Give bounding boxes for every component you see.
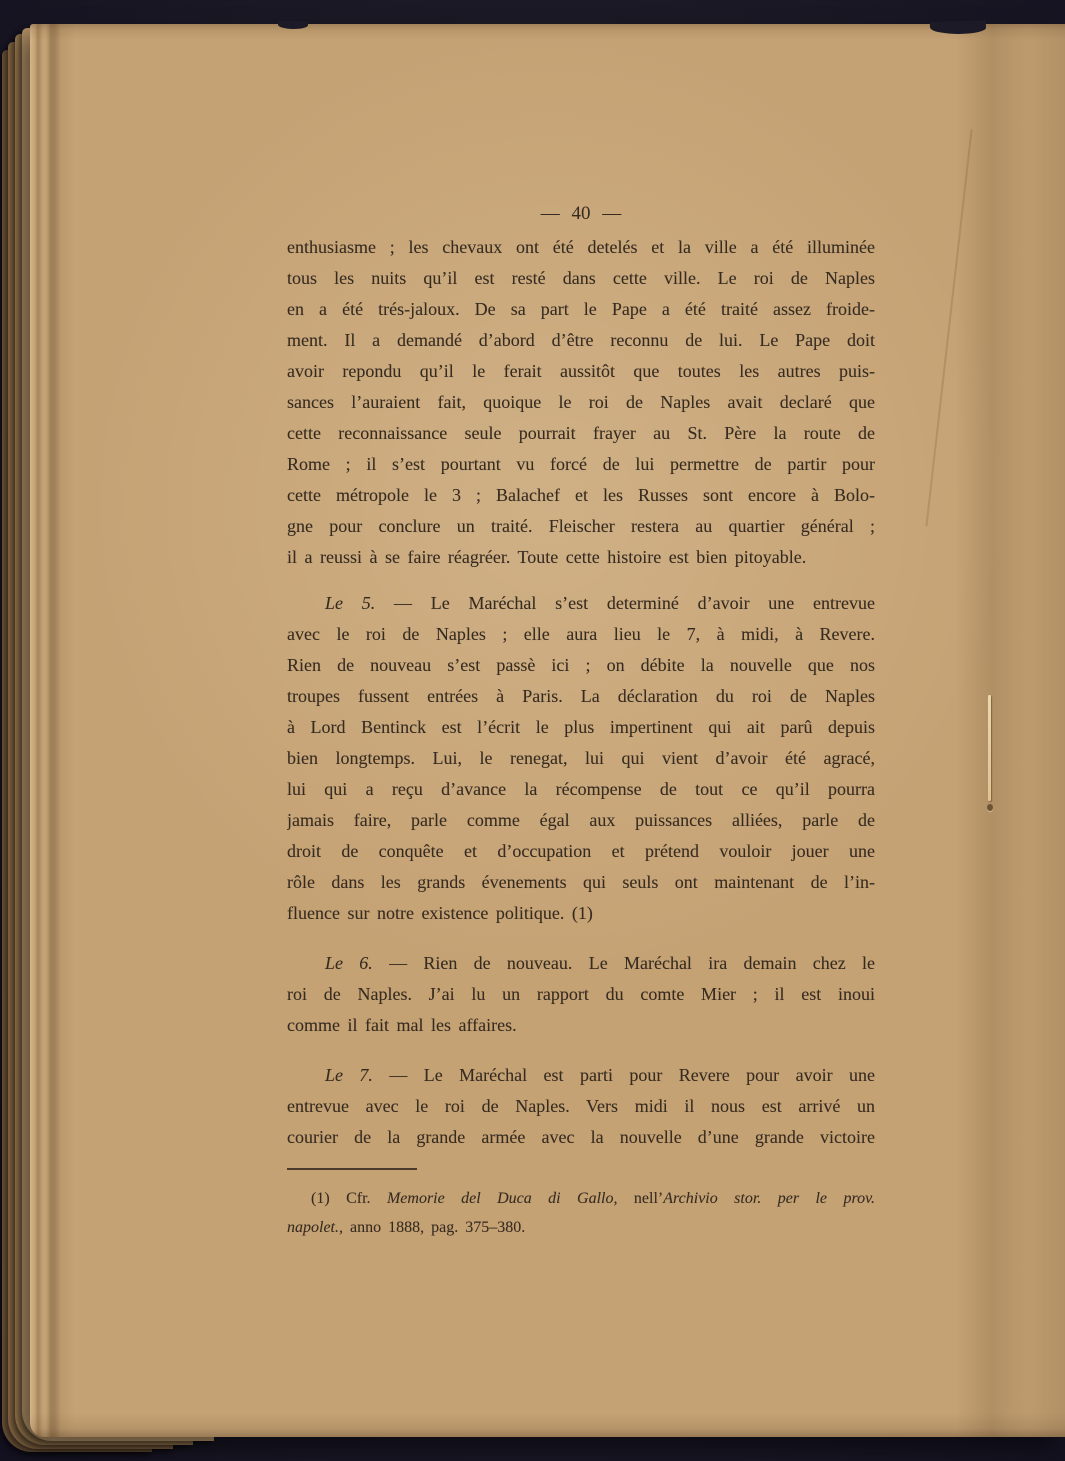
text-segment: avoir repondu qu’il le ferait aussitôt q… bbox=[287, 361, 875, 381]
text-segment: bien longtemps. Lui, le renegat, lui qui… bbox=[287, 748, 875, 768]
italic-text: Le 6. bbox=[325, 953, 373, 973]
text-line: lui qui a reçu d’avance la récompense de… bbox=[287, 774, 875, 805]
text-line: cette métropole le 3 ; Balachef et les R… bbox=[287, 480, 875, 511]
text-line: Rien de nouveau s’est passè ici ; on déb… bbox=[287, 650, 875, 681]
text-line: avoir repondu qu’il le ferait aussitôt q… bbox=[287, 356, 875, 387]
text-line: en a été trés-jaloux. De sa part le Pape… bbox=[287, 294, 875, 325]
scratch-mark-dot bbox=[987, 804, 993, 811]
paragraph: enthusiasme ; les chevaux ont été detelé… bbox=[287, 232, 875, 573]
text-segment: il a reussi à se faire réagréer. Toute c… bbox=[287, 547, 806, 567]
page-crease bbox=[925, 129, 972, 527]
text-line: entrevue avec le roi de Naples. Vers mid… bbox=[287, 1091, 875, 1122]
text-segment: — Le Maréchal s’est determiné d’avoir un… bbox=[375, 593, 875, 613]
text-segment: fluence sur notre existence politique. (… bbox=[287, 903, 593, 923]
text-segment: troupes fussent entrées à Paris. La décl… bbox=[287, 686, 875, 706]
text-line: courier de la grande armée avec la nouve… bbox=[287, 1122, 875, 1153]
text-segment: entrevue avec le roi de Naples. Vers mid… bbox=[287, 1096, 875, 1116]
text-line: sances l’auraient fait, quoique le roi d… bbox=[287, 387, 875, 418]
text-line: napolet., anno 1888, pag. 375–380. bbox=[287, 1213, 875, 1242]
text-line: (1) Cfr. Memorie del Duca di Gallo, nell… bbox=[287, 1184, 875, 1213]
text-segment: courier de la grande armée avec la nouve… bbox=[287, 1127, 875, 1147]
text-line: bien longtemps. Lui, le renegat, lui qui… bbox=[287, 743, 875, 774]
text-segment: — Rien de nouveau. Le Maréchal ira demai… bbox=[373, 953, 875, 973]
footnote-rule bbox=[287, 1168, 417, 1170]
paragraph: Le 5. — Le Maréchal s’est determiné d’av… bbox=[287, 588, 875, 929]
text-segment: comme il fait mal les affaires. bbox=[287, 1015, 517, 1035]
text-segment: — Le Maréchal est parti pour Revere pour… bbox=[373, 1065, 875, 1085]
torn-edge bbox=[278, 21, 308, 30]
text-line: à Lord Bentinck est l’écrit le plus impe… bbox=[287, 712, 875, 743]
text-segment: Rien de nouveau s’est passè ici ; on déb… bbox=[287, 655, 875, 675]
torn-edge bbox=[930, 20, 986, 34]
text-segment: nell’ bbox=[618, 1190, 664, 1207]
text-line: jamais faire, parle comme égal aux puiss… bbox=[287, 805, 875, 836]
text-column: — 40 — enthusiasme ; les chevaux ont été… bbox=[287, 198, 875, 1242]
text-line: enthusiasme ; les chevaux ont été detelé… bbox=[287, 232, 875, 263]
text-segment: anno 1888, pag. 375–380. bbox=[343, 1219, 525, 1236]
text-line: il a reussi à se faire réagréer. Toute c… bbox=[287, 542, 875, 573]
text-segment: à Lord Bentinck est l’écrit le plus impe… bbox=[287, 717, 875, 737]
text-segment: tous les nuits qu’il est resté dans cett… bbox=[287, 268, 875, 288]
text-line: Le 5. — Le Maréchal s’est determiné d’av… bbox=[287, 588, 875, 619]
paragraphs: enthusiasme ; les chevaux ont été detelé… bbox=[287, 232, 875, 1153]
text-line: tous les nuits qu’il est resté dans cett… bbox=[287, 263, 875, 294]
text-line: gne pour conclure un traité. Fleischer r… bbox=[287, 511, 875, 542]
text-line: avec le roi de Naples ; elle aura lieu l… bbox=[287, 619, 875, 650]
text-segment: cette reconnaissance seule pourrait fray… bbox=[287, 423, 875, 443]
text-segment: cette métropole le 3 ; Balachef et les R… bbox=[287, 485, 875, 505]
text-line: Rome ; il s’est pourtant vu forcé de lui… bbox=[287, 449, 875, 480]
italic-text: Memorie del Duca di Gallo, bbox=[387, 1190, 618, 1207]
italic-text: napolet., bbox=[287, 1219, 343, 1236]
footnote: (1) Cfr. Memorie del Duca di Gallo, nell… bbox=[287, 1184, 875, 1242]
text-line: ment. Il a demandé d’abord d’être reconn… bbox=[287, 325, 875, 356]
italic-text: Le 7. bbox=[325, 1065, 373, 1085]
text-segment: enthusiasme ; les chevaux ont été detelé… bbox=[287, 237, 875, 257]
text-segment: droit de conquête et d’occupation et pré… bbox=[287, 841, 875, 861]
text-segment: (1) Cfr. bbox=[311, 1190, 387, 1207]
text-segment: sances l’auraient fait, quoique le roi d… bbox=[287, 392, 875, 412]
book-page: — 40 — enthusiasme ; les chevaux ont été… bbox=[30, 24, 1065, 1437]
text-segment: rôle dans les grands évenements qui seul… bbox=[287, 872, 875, 892]
text-line: rôle dans les grands évenements qui seul… bbox=[287, 867, 875, 898]
italic-text: Le 5. bbox=[325, 593, 375, 613]
text-segment: avec le roi de Naples ; elle aura lieu l… bbox=[287, 624, 875, 644]
text-line: cette reconnaissance seule pourrait fray… bbox=[287, 418, 875, 449]
text-segment: Rome ; il s’est pourtant vu forcé de lui… bbox=[287, 454, 875, 474]
text-line: Le 6. — Rien de nouveau. Le Maréchal ira… bbox=[287, 948, 875, 979]
text-line: roi de Naples. J’ai lu un rapport du com… bbox=[287, 979, 875, 1010]
paragraph: Le 7. — Le Maréchal est parti pour Rever… bbox=[287, 1060, 875, 1153]
page-number: — 40 — bbox=[287, 198, 875, 229]
book-photo: — 40 — enthusiasme ; les chevaux ont été… bbox=[0, 0, 1065, 1461]
text-segment: ment. Il a demandé d’abord d’être reconn… bbox=[287, 330, 875, 350]
text-line: comme il fait mal les affaires. bbox=[287, 1010, 875, 1041]
text-line: droit de conquête et d’occupation et pré… bbox=[287, 836, 875, 867]
text-line: Le 7. — Le Maréchal est parti pour Rever… bbox=[287, 1060, 875, 1091]
text-segment: lui qui a reçu d’avance la récompense de… bbox=[287, 779, 875, 799]
scratch-mark bbox=[988, 695, 991, 801]
text-line: troupes fussent entrées à Paris. La décl… bbox=[287, 681, 875, 712]
text-line: fluence sur notre existence politique. (… bbox=[287, 898, 875, 929]
text-segment: roi de Naples. J’ai lu un rapport du com… bbox=[287, 984, 875, 1004]
text-segment: gne pour conclure un traité. Fleischer r… bbox=[287, 516, 875, 536]
italic-text: Archivio stor. per le prov. bbox=[663, 1190, 875, 1207]
paragraph: Le 6. — Rien de nouveau. Le Maréchal ira… bbox=[287, 948, 875, 1041]
text-segment: en a été trés-jaloux. De sa part le Pape… bbox=[287, 299, 875, 319]
text-segment: jamais faire, parle comme égal aux puiss… bbox=[287, 810, 875, 830]
